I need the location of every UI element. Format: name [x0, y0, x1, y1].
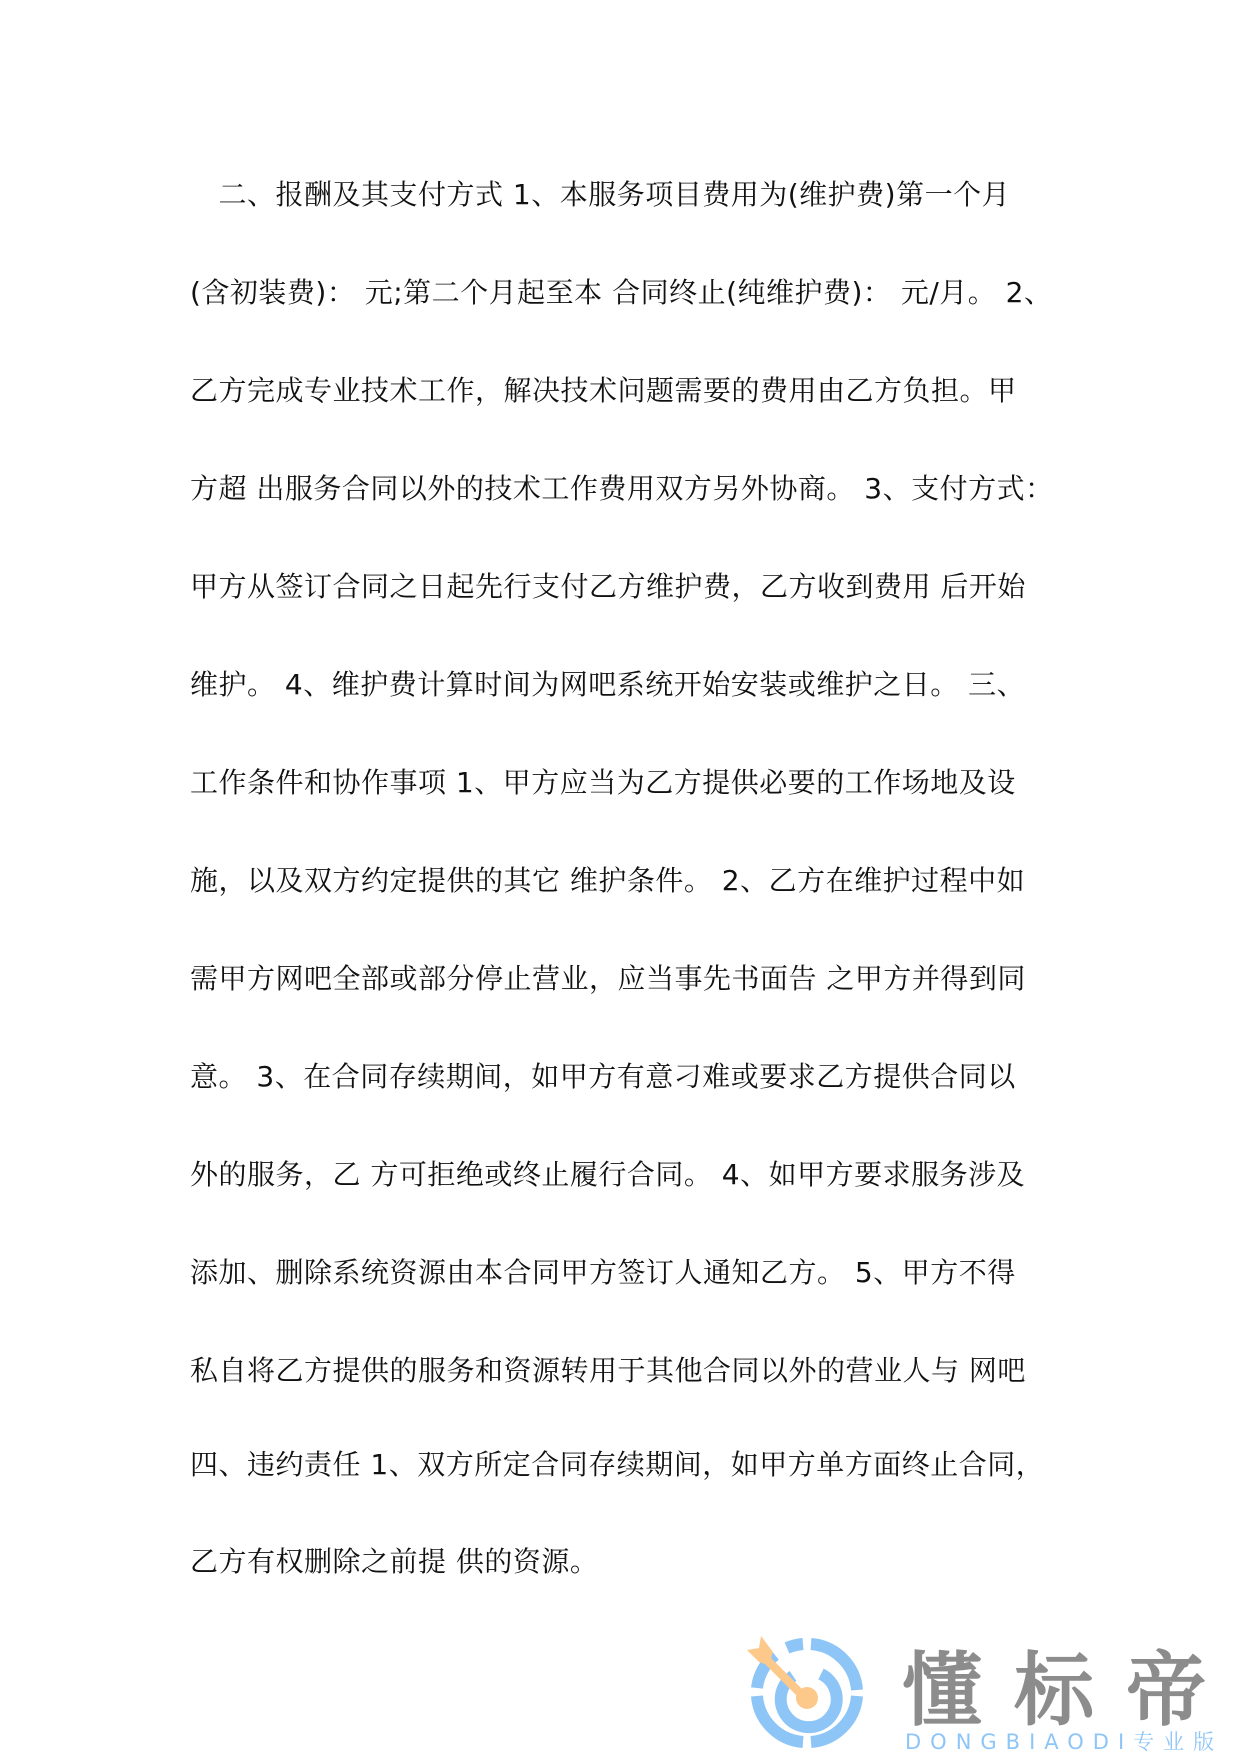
- text-line: 需甲方网吧全部或部分停止营业，应当事先书面告 之甲方并得到同: [190, 959, 1090, 999]
- document-page: 二、报酬及其支付方式 1、本服务项目费用为(维护费)第一个月 (含初装费)： 元…: [0, 0, 1241, 1754]
- text-line: 外的服务，乙 方可拒绝或终止履行合同。 4、如甲方要求服务涉及: [190, 1155, 1090, 1195]
- text-line: (含初装费)： 元;第二个月起至本 合同终止(纯维护费)： 元/月。 2、: [190, 273, 1090, 313]
- watermark-subtitle: DONGBIAODI专业版: [905, 1730, 1223, 1754]
- watermark-logo: 懂标帝 DONGBIAODI专业版: [745, 1630, 1241, 1754]
- text-line: 添加、删除系统资源由本合同甲方签订人通知乙方。 5、甲方不得: [190, 1253, 1090, 1293]
- text-line: 二、报酬及其支付方式 1、本服务项目费用为(维护费)第一个月: [190, 175, 1090, 215]
- text-line: 乙方完成专业技术工作，解决技术问题需要的费用由乙方负担。甲: [190, 371, 1090, 411]
- target-arrow-icon: [745, 1630, 869, 1754]
- text-line: 私自将乙方提供的服务和资源转用于其他合同以外的营业人与 网吧: [190, 1351, 1090, 1391]
- watermark-title: 懂标帝: [902, 1648, 1238, 1734]
- text-line: 甲方从签订合同之日起先行支付乙方维护费，乙方收到费用 后开始: [190, 567, 1090, 607]
- text-line: 意。 3、在合同存续期间，如甲方有意刁难或要求乙方提供合同以: [190, 1057, 1090, 1097]
- text-line: 四、违约责任 1、双方所定合同存续期间，如甲方单方面终止合同，: [190, 1445, 1090, 1485]
- text-line: 施，以及双方约定提供的其它 维护条件。 2、乙方在维护过程中如: [190, 861, 1090, 901]
- text-line: 工作条件和协作事项 1、甲方应当为乙方提供必要的工作场地及设: [190, 763, 1090, 803]
- text-line: 方超 出服务合同以外的技术工作费用双方另外协商。 3、支付方式：: [190, 469, 1090, 509]
- text-line: 乙方有权删除之前提 供的资源。: [190, 1542, 1090, 1582]
- text-line: 维护。 4、维护费计算时间为网吧系统开始安装或维护之日。 三、: [190, 665, 1090, 705]
